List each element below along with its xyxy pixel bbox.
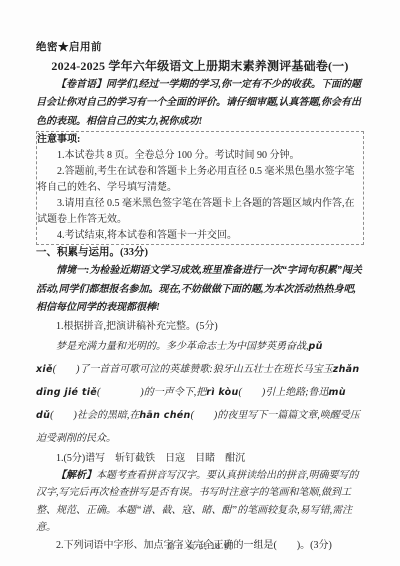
passage-text-5: ( )社会的黑暗,在	[50, 410, 139, 421]
question1-passage: 梦是充满力量和光明的。多少革命志士为中国梦英勇奋战,pǔ xiě( )了一首首可…	[36, 335, 364, 450]
exam-paper-page: 绝密★启用前 2024-2025 学年六年级语文上册期末素养测评基础卷(一) 【…	[0, 0, 400, 566]
section-one-heading: 一、积累与运用。(33分)	[36, 245, 364, 262]
passage-text-4: ( )引上绝路;鲁迅	[239, 387, 329, 398]
passage-text-1: 梦是充满力量和光明的。多少革命志士为中国梦英勇奋战,	[56, 341, 309, 352]
pinyin-hanchen: hān chén	[139, 410, 190, 421]
scenario-paragraph: 情境一:为检验近期语文学习成效,班里准备进行一次“字词句积累”闯关活动,同学们都…	[36, 262, 364, 318]
question1-prompt: 1.根据拼音,把演讲稿补充完整。(5分)	[36, 318, 364, 335]
preface-paragraph: 【卷首语】同学们,经过一学期的学习,你一定有不少的收获。下面的题目会让你对自己的…	[36, 76, 364, 132]
notice-box: 注意事项: 1.本试卷共 8 页。全卷总分 100 分。考试时间 90 分钟。 …	[36, 131, 364, 245]
notice-item-3: 3.请用直径 0.5 毫米黑色签字笔在答题卡上各题的答题区域内作答,在试题卷上作…	[37, 196, 363, 228]
question1-answer-line: 1.(5分)谱写 斩钉截铁 日寇 目睹 酣沉	[36, 450, 364, 467]
notice-item-4: 4.考试结束,将本试卷和答题卡一并交回。	[37, 228, 363, 244]
notice-heading: 注意事项:	[37, 132, 363, 148]
notice-item-2: 2.答题前,考生在试卷和答题卡上务必用直径 0.5 毫米黑色墨水签字笔将自己的姓…	[37, 164, 363, 196]
notice-item-1: 1.本试卷共 8 页。全卷总分 100 分。考试时间 90 分钟。	[37, 148, 363, 164]
question1-analysis: 【解析】本题考查看拼音写汉字。要认真拼读给出的拼音,明确要写的汉字,写完后再次检…	[36, 467, 364, 537]
page-number-footer: 第 1 页 共 18 页	[0, 541, 400, 554]
analysis-label: 【解析】	[56, 470, 96, 481]
page-title: 2024-2025 学年六年级语文上册期末素养测评基础卷(一)	[36, 57, 364, 76]
pinyin-rikou: rì kòu	[206, 387, 238, 398]
passage-text-2: ( )了一首首可歌可泣的英雄赞歌:狼牙山五壮士在班长马宝玉	[53, 364, 333, 375]
classification-label: 绝密★启用前	[36, 40, 364, 57]
passage-text-3: ( )的一声令下,把	[97, 387, 206, 398]
